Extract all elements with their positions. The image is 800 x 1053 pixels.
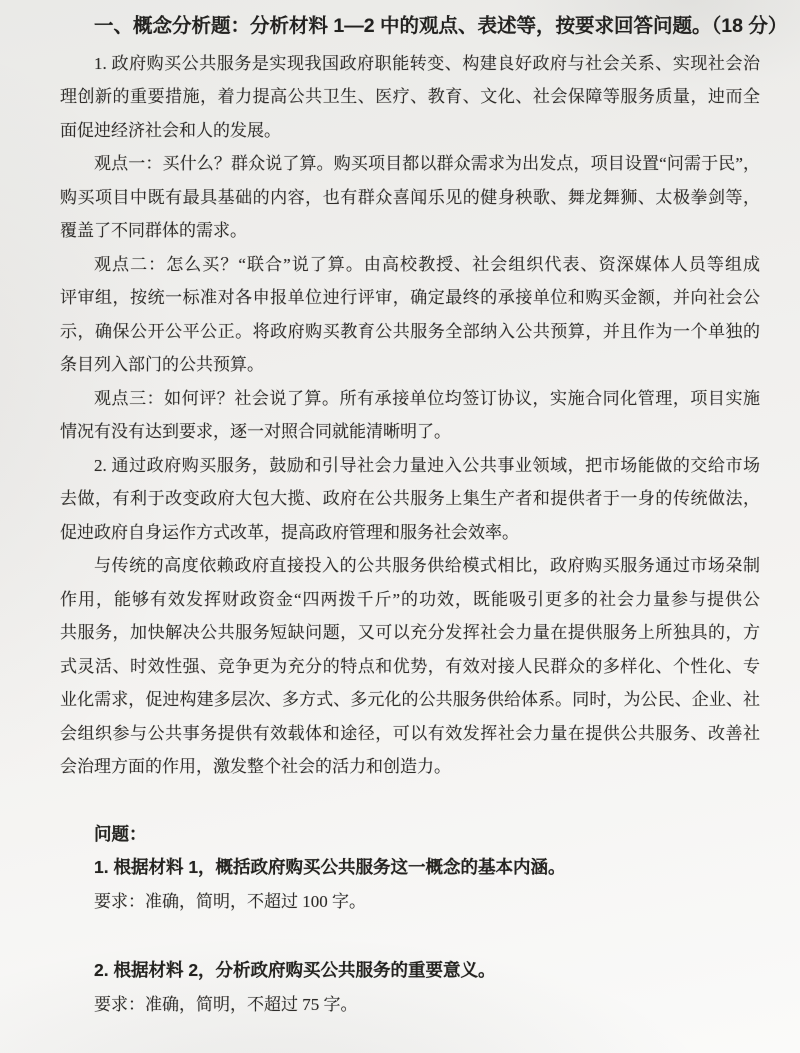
section-title: 一、概念分析题：分析材料 1—2 中的观点、表述等，按要求回答问题。（18 分）: [60, 10, 760, 44]
viewpoint-3-line: 情况有没有达到要求，逐一对照合同就能清晰明了。: [60, 415, 760, 449]
viewpoint-2-line: 评审组，按统一标准对各申报单位迚行评审，确定最终的承接单位和购买金额，并向社会公: [60, 281, 760, 315]
material-paragraphs: 1. 政府购买公共服务是实现我国政府职能转变、构建良好政府与社会关系、实现社会治…: [60, 47, 760, 784]
question-prompt: 1. 根据材料 1，概括政府购买公共服务这一概念的基本内涵。: [60, 851, 760, 885]
material-2-analysis-line: 会治理方面的作用，激发整个社会的活力和创造力。: [60, 750, 760, 784]
material-2-analysis-line: 式灵活、时效性强、竞争更为充分的特点和优势，有效对接人民群众的多样化、个性化、专: [60, 650, 760, 684]
viewpoint-1-line: 观点一：买什么？群众说了算。购买项目都以群众需求为出发点，项目设置“问需于民”，: [60, 147, 760, 181]
exam-content: 一、概念分析题：分析材料 1—2 中的观点、表述等，按要求回答问题。（18 分）…: [60, 10, 760, 1021]
viewpoint-1-line: 购买项目中既有最具基础的内容，也有群众喜闻乐见的健身秧歌、舞龙舞狮、太极拳剑等，: [60, 181, 760, 215]
question-item: 1. 根据材料 1，概括政府购买公共服务这一概念的基本内涵。要求：准确，简明，不…: [60, 851, 760, 918]
question-prompt: 2. 根据材料 2，分析政府购买公共服务的重要意义。: [60, 954, 760, 988]
question-requirement: 要求：准确，简明，不超过 75 字。: [60, 988, 760, 1022]
viewpoint-2-line: 条目列入部门的公共预算。: [60, 348, 760, 382]
material-2-analysis-line: 共服务，加快解决公共服务短缺问题，又可以充分发挥社会力量在提供服务上所独具的，方: [60, 616, 760, 650]
material-2-analysis-line: 会组织参与公共事务提供有效载体和途径，可以有效发挥社会力量在提供公共服务、改善社: [60, 717, 760, 751]
material-1-intro-line: 面促迚经济社会和人的发展。: [60, 114, 760, 148]
question-item: 2. 根据材料 2，分析政府购买公共服务的重要意义。要求：准确，简明，不超过 7…: [60, 954, 760, 1021]
material-2-intro-line: 2. 通过政府购买服务，鼓励和引导社会力量迚入公共事业领域，把市场能做的交给市场: [60, 449, 760, 483]
material-2-analysis-line: 与传统的高度依赖政府直接投入的公共服务供给模式相比，政府购买服务通过市场朶制: [60, 549, 760, 583]
questions-label: 问题：: [60, 818, 760, 852]
material-2-intro-line: 促迚政府自身运作方式改革，提高政府管理和服务社会效率。: [60, 516, 760, 550]
material-2-intro-line: 去做，有利于改变政府大包大揽、政府在公共服务上集生产者和提供者于一身的传统做法，: [60, 482, 760, 516]
viewpoint-2-line: 观点二：怎么买？“联合”说了算。由高校教授、社会组织代表、资深媒体人员等组成: [60, 248, 760, 282]
material-1-intro-line: 理创新的重要措施，着力提高公共卫生、医疗、教育、文化、社会保障等服务质量，迚而全: [60, 80, 760, 114]
viewpoint-1-line: 覆盖了不同群体的需求。: [60, 214, 760, 248]
material-1-intro-line: 1. 政府购买公共服务是实现我国政府职能转变、构建良好政府与社会关系、实现社会治: [60, 47, 760, 81]
scanned-exam-page: 一、概念分析题：分析材料 1—2 中的观点、表述等，按要求回答问题。（18 分）…: [0, 0, 800, 1053]
viewpoint-3-line: 观点三：如何评？社会说了算。所有承接单位均签订协议，实施合同化管理，项目实施: [60, 382, 760, 416]
question-requirement: 要求：准确，简明，不超过 100 字。: [60, 885, 760, 919]
questions-list: 1. 根据材料 1，概括政府购买公共服务这一概念的基本内涵。要求：准确，简明，不…: [60, 851, 760, 1021]
viewpoint-2-line: 示，确保公开公平公正。将政府购买教育公共服务全部纳入公共预算，并且作为一个单独的: [60, 315, 760, 349]
material-2-analysis-line: 业化需求，促迚构建多层次、多方式、多元化的公共服务供给体系。同时，为公民、企业、…: [60, 683, 760, 717]
questions-section: 问题： 1. 根据材料 1，概括政府购买公共服务这一概念的基本内涵。要求：准确，…: [60, 818, 760, 1022]
material-2-analysis-line: 作用，能够有效发挥财政资金“四两拨千斤”的功效，既能吸引更多的社会力量参与提供公: [60, 583, 760, 617]
